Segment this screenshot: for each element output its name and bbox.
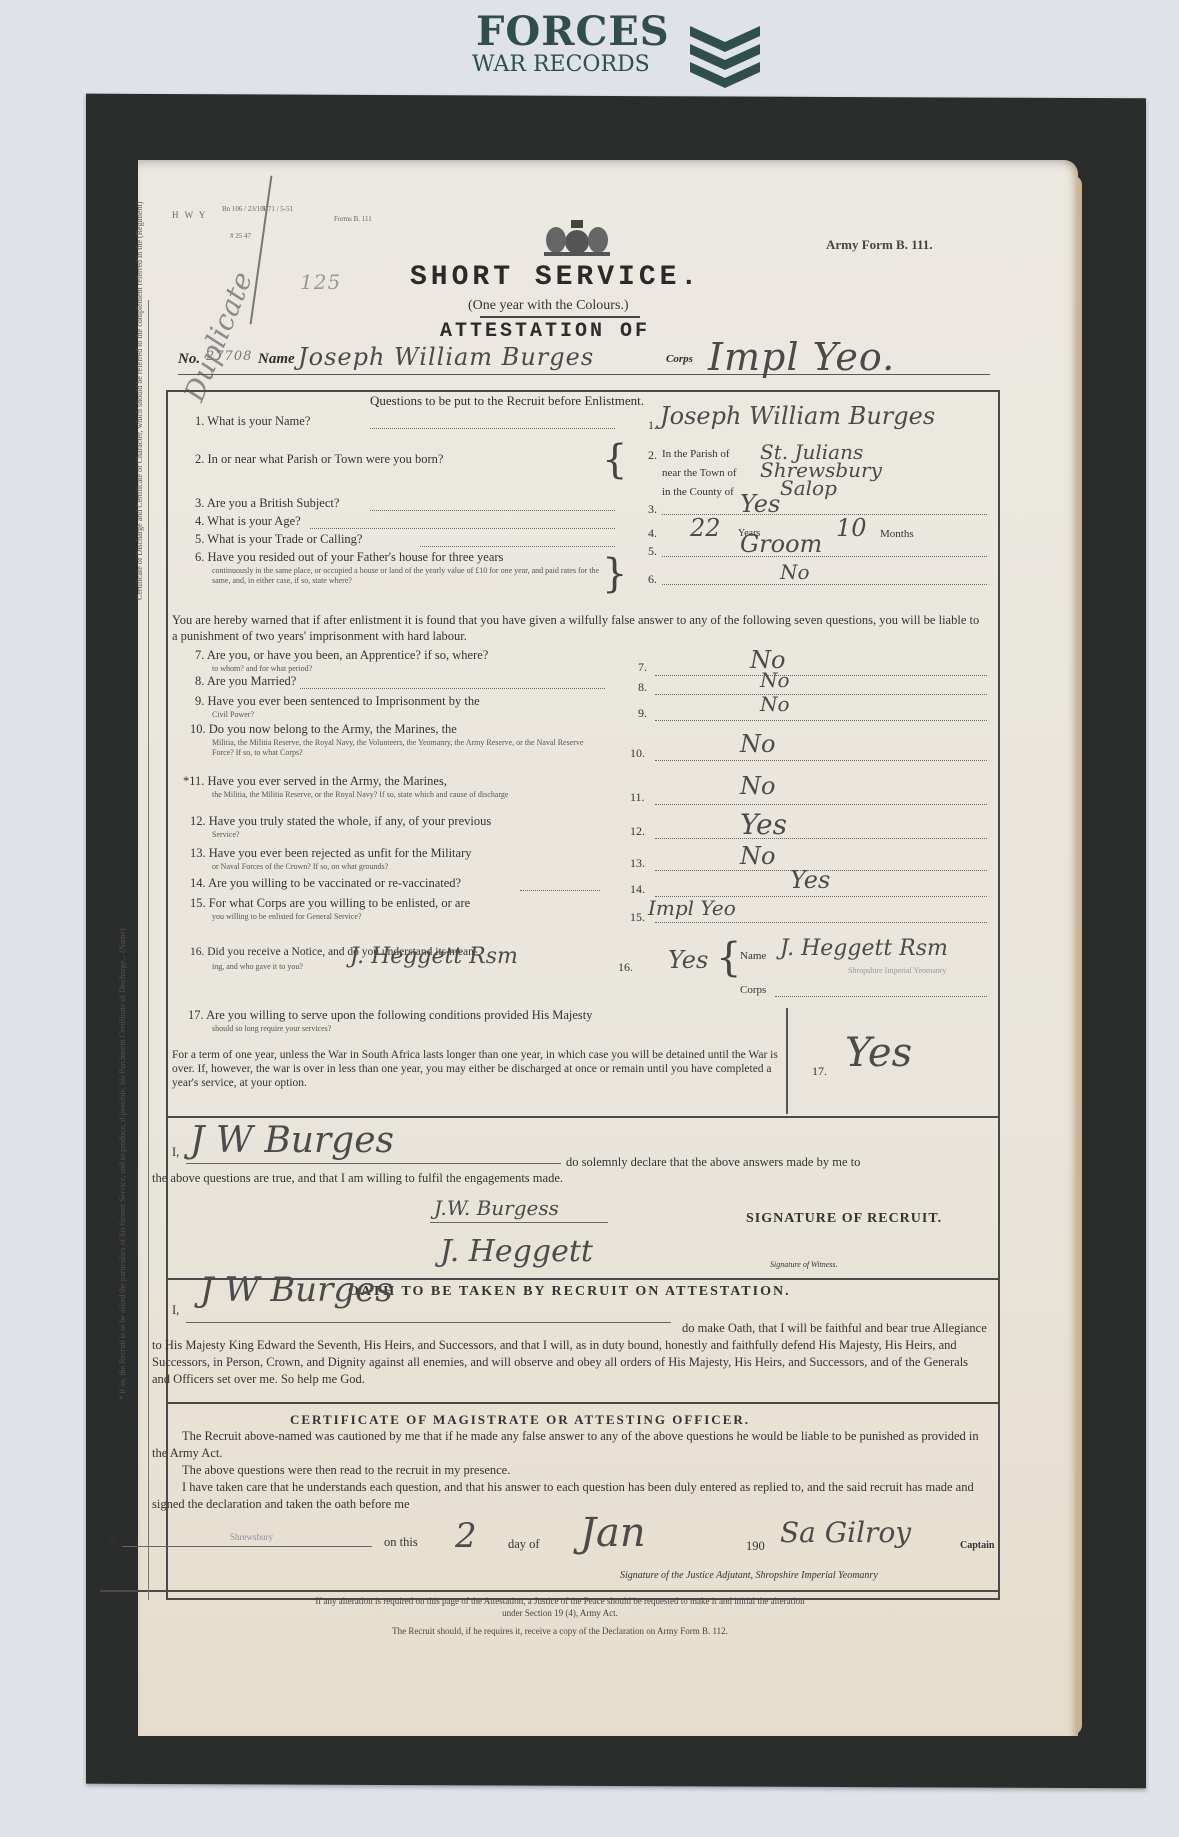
certificate-para-3: I have taken care that he understands ea…: [152, 1479, 988, 1513]
answer-15: Impl Yeo: [648, 896, 736, 920]
question-10-detail: Militia, the Militia Reserve, the Royal …: [212, 738, 602, 758]
answer-num-16: 16.: [618, 960, 633, 975]
name-label: Name: [258, 351, 295, 368]
corps-label: Corps: [666, 353, 693, 365]
answer-6: No: [780, 560, 810, 584]
county-value: Salop: [780, 476, 837, 500]
answer-4-months: 10: [836, 514, 867, 542]
notice-giver-signature: J. Heggett Rsm: [350, 944, 518, 969]
dotted-leader: [655, 720, 987, 721]
witness-signature-label: Signature of Witness.: [770, 1260, 837, 1269]
dotted-leader: [655, 694, 987, 695]
army-form-number: Army Form B. 111.: [826, 237, 933, 253]
answer-12: Yes: [740, 808, 787, 841]
answer-num-5: 5.: [648, 544, 657, 559]
question-9: 9. Have you ever been sentenced to Impri…: [195, 694, 480, 709]
section-divider: [166, 1116, 1000, 1118]
officer-signature: Sa Gilroy: [780, 1516, 911, 1549]
side-note-top: Certificate of Discharge and Certificate…: [135, 202, 144, 600]
dotted-leader: [655, 760, 987, 761]
false-answer-warning: You are hereby warned that if after enli…: [172, 612, 982, 644]
service-conditions: For a term of one year, unless the War i…: [172, 1048, 782, 1090]
recruit-header-line: No. 27708 Name Joseph William Burges Cor…: [178, 345, 990, 375]
brace: {: [602, 440, 627, 480]
question-12: 12. Have you truly stated the whole, if …: [190, 814, 491, 829]
oath-name: J W Burges: [200, 1270, 393, 1310]
royal-crest-icon: [540, 216, 614, 258]
document-subtitle: (One year with the Colours.): [468, 298, 629, 314]
day-of-label: day of: [508, 1536, 540, 1553]
dotted-leader: [370, 510, 615, 511]
declaration-text-2: the above questions are true, and that I…: [152, 1170, 563, 1187]
answer-num-17: 17.: [812, 1064, 827, 1079]
code-hwy: H W Y: [172, 210, 207, 220]
dotted-leader: [370, 428, 615, 429]
side-note-bottom: * If so, the Recruit is to be asked the …: [118, 928, 127, 1400]
day-value: 2: [455, 1516, 477, 1556]
answer-num-3: 3.: [648, 502, 657, 517]
certificate-heading: CERTIFICATE OF MAGISTRATE OR ATTESTING O…: [290, 1412, 750, 1428]
brace: }: [602, 554, 627, 594]
no-label: No.: [178, 351, 200, 368]
dotted-leader: [655, 804, 987, 805]
dotted-leader: [662, 556, 987, 557]
question-11-detail: the Militia, the Militia Reserve, or the…: [212, 790, 602, 800]
answer-num-2: 2.: [648, 448, 657, 463]
answer-num-4: 4.: [648, 526, 657, 541]
question-14: 14. Are you willing to be vaccinated or …: [190, 876, 461, 891]
section-divider: [100, 1590, 1000, 1592]
name-value: Joseph William Burges: [298, 343, 594, 371]
answer-5: Groom: [740, 530, 822, 558]
town-label: near the Town of: [662, 467, 736, 479]
question-1: 1. What is your Name?: [195, 414, 310, 429]
question-7-detail: to whom? and for what period?: [212, 664, 312, 673]
brace: {: [716, 938, 741, 978]
question-16-detail: ing, and who gave it to you?: [212, 962, 303, 971]
certificate-para-2: The above questions were then read to th…: [182, 1462, 510, 1479]
declaration-name: J W Burges: [190, 1120, 394, 1161]
footer-line-2: under Section 19 (4), Army Act.: [130, 1608, 990, 1618]
pencil-number: 125: [300, 270, 341, 294]
answer-14: Yes: [790, 866, 830, 894]
recruit-signature: J.W. Burgess: [434, 1196, 559, 1220]
county-label: in the County of: [662, 486, 734, 498]
brand-name-line1: FORCES: [476, 8, 670, 55]
dotted-leader: [300, 688, 605, 689]
dotted-leader: [520, 890, 600, 891]
oath-text: do make Oath, that I will be faithful an…: [152, 1320, 988, 1388]
section-divider: [166, 1402, 1000, 1404]
answer-num-1: 1.: [648, 418, 657, 433]
answer-num-8: 8.: [638, 680, 647, 695]
dotted-leader: [310, 528, 615, 529]
declaration-name-line: [186, 1163, 561, 1164]
question-15: 15. For what Corps are you willing to be…: [190, 896, 470, 911]
answer-num-6: 6.: [648, 572, 657, 587]
answer-8: No: [760, 668, 790, 692]
dotted-leader: [655, 675, 987, 676]
brand-name-line2: WAR RECORDS: [472, 52, 650, 77]
question-8: 8. Are you Married?: [195, 674, 296, 689]
dotted-leader: [775, 996, 987, 997]
year-prefix: 190: [746, 1538, 765, 1555]
question-17: 17. Are you willing to serve upon the fo…: [188, 1008, 592, 1023]
answer-num-13: 13.: [630, 856, 645, 871]
parish-label: In the Parish of: [662, 448, 730, 460]
oath-heading: OATH TO BE TAKEN BY RECRUIT ON ATTESTATI…: [348, 1284, 791, 1300]
questions-heading: Questions to be put to the Recruit befor…: [370, 393, 644, 409]
notice-name-value: J. Heggett Rsm: [780, 936, 948, 961]
declaration-prefix: I,: [172, 1144, 179, 1161]
dotted-leader: [655, 922, 987, 923]
divider: [786, 1008, 788, 1114]
question-13: 13. Have you ever been rejected as unfit…: [190, 846, 472, 861]
question-3: 3. Are you a British Subject?: [195, 496, 339, 511]
corps-value: Impl Yeo.: [708, 335, 895, 379]
question-7: 7. Are you, or have you been, an Apprent…: [195, 648, 488, 663]
declaration-text-1: do solemnly declare that the above answe…: [566, 1154, 860, 1171]
question-12-detail: Service?: [212, 830, 240, 839]
dotted-leader: [420, 546, 615, 547]
recruit-signature-label: SIGNATURE OF RECRUIT.: [746, 1211, 942, 1227]
question-17-detail: should so long require your services?: [212, 1024, 331, 1033]
answer-17: Yes: [845, 1030, 912, 1076]
signature-line: [430, 1222, 608, 1223]
chevron-stripes-icon: [690, 20, 760, 90]
margin-rule: [148, 300, 149, 1600]
question-9-detail: Civil Power?: [212, 710, 254, 719]
attestation-heading: ATTESTATION OF: [440, 320, 650, 343]
on-this-label: on this: [384, 1534, 418, 1551]
answer-num-10: 10.: [630, 746, 645, 761]
question-2: 2. In or near what Parish or Town were y…: [195, 452, 443, 467]
question-6-detail: continuously in the same place, or occup…: [212, 566, 602, 586]
answer-num-9: 9.: [638, 706, 647, 721]
footer-line-3: The Recruit should, if he requires it, r…: [130, 1626, 990, 1636]
question-6: 6. Have you resided out of your Father's…: [195, 550, 503, 565]
footer-line-1: If any alteration is required on this pa…: [130, 1596, 990, 1606]
answer-13: No: [740, 842, 775, 870]
question-15-detail: you willing to be enlisted for General S…: [212, 912, 362, 921]
dotted-leader: [662, 584, 987, 585]
answer-num-12: 12.: [630, 824, 645, 839]
document-title: SHORT SERVICE.: [410, 262, 701, 293]
answer-16: Yes: [668, 946, 708, 974]
officer-rank: Captain: [960, 1540, 994, 1551]
certificate-para-1: The Recruit above-named was cautioned by…: [152, 1428, 988, 1462]
answer-10: No: [740, 730, 775, 758]
question-11: *11. Have you ever served in the Army, t…: [183, 774, 447, 789]
place-stamp: Shrewsbury: [230, 1532, 273, 1542]
question-5: 5. What is your Trade or Calling?: [195, 532, 362, 547]
witness-signature: J. Heggett: [440, 1234, 593, 1269]
question-13-detail: or Naval Forces of the Crown? If so, on …: [212, 862, 388, 871]
answer-num-11: 11.: [630, 790, 645, 805]
notice-corps-stamp: Shropshire Imperial Yeomanry: [848, 966, 946, 975]
answer-num-7: 7.: [638, 660, 647, 675]
no-value: 27708: [206, 349, 252, 364]
form-ref: Forms B. 111: [334, 215, 372, 223]
notice-name-label: Name: [740, 950, 766, 962]
question-4: 4. What is your Age?: [195, 514, 301, 529]
dotted-leader: [655, 838, 987, 839]
answer-9: No: [760, 692, 790, 716]
oath-prefix: I,: [172, 1302, 179, 1319]
place-line: [122, 1546, 372, 1547]
at-label: at: [108, 1530, 117, 1547]
question-10: 10. Do you now belong to the Army, the M…: [190, 722, 457, 737]
answer-num-15: 15.: [630, 910, 645, 925]
answer-3: Yes: [740, 490, 780, 518]
code-bn: Bn 106 / 23/100: [222, 205, 267, 213]
code-number: # 25 47: [230, 232, 251, 240]
months-label: Months: [880, 528, 914, 540]
officer-signature-label: Signature of the Justice Adjutant, Shrop…: [620, 1570, 878, 1581]
answer-4-years: 22: [690, 514, 721, 542]
answer-num-14: 14.: [630, 882, 645, 897]
month-value: Jan: [580, 1510, 646, 1556]
answer-1: Joseph William Burges: [660, 402, 935, 430]
notice-corps-label: Corps: [740, 984, 766, 996]
answer-11: No: [740, 772, 775, 800]
